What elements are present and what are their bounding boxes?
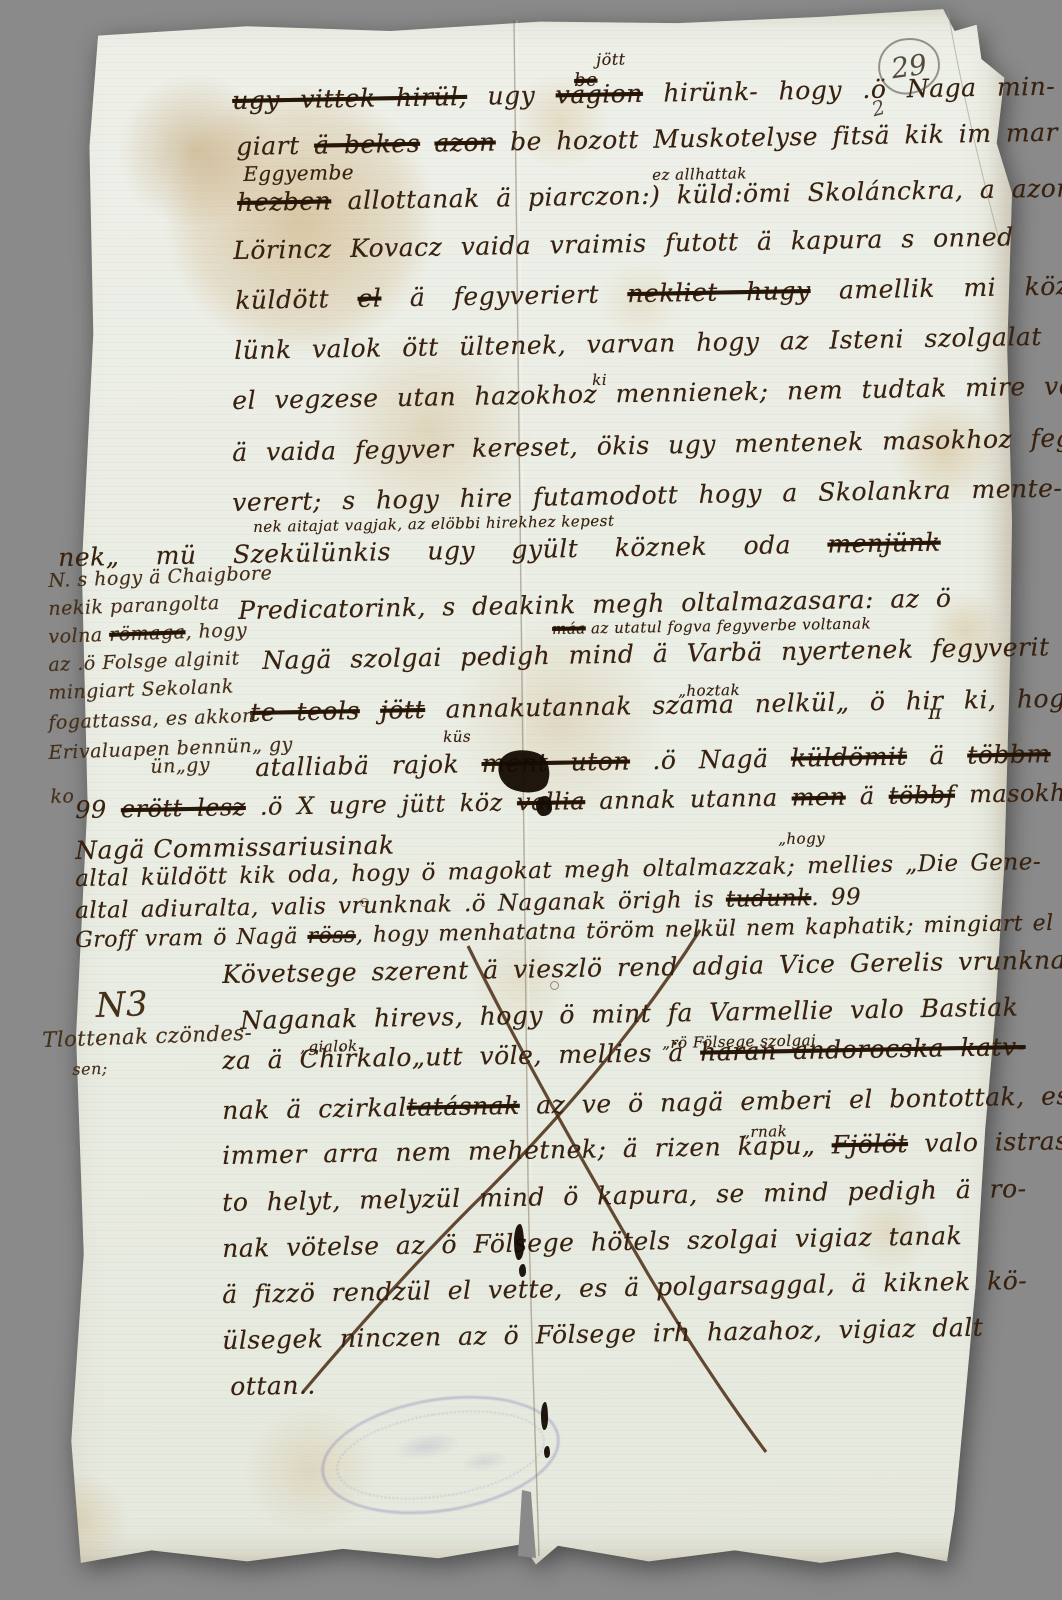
struck-text: haran andorocska katv- [700,1032,1026,1067]
struck-text: ugy vittek hirül, [232,82,467,115]
ink-blot [514,1224,524,1260]
text-segment: N3 [95,984,149,1026]
page-number: 29 [889,47,929,85]
struck-text: Fjölöt [831,1129,908,1159]
text-segment: volna [48,624,110,648]
text-segment: „rnak [742,1122,787,1141]
text-segment: valo istrasa [908,1126,1062,1158]
paper-speck [550,981,559,990]
struck-text: el [357,283,381,312]
struck-text: máa [552,619,586,638]
text-segment: ugy [467,80,556,111]
struck-text: ä bekes [314,129,420,160]
text-segment [359,696,380,725]
text-line: jött [596,49,626,69]
text-segment: π [928,700,942,724]
margin-note-line: ün„gy [150,754,210,778]
text-segment: Nagä Commissariusinak [75,830,395,865]
text-segment: ä fegyveriert [381,279,628,312]
text-line: Nagä Commissariusinak [75,830,395,865]
text-segment [420,129,435,158]
text-line: küs [443,728,471,746]
struck-text: röss [307,923,356,949]
text-segment: ün„gy [150,754,210,778]
struck-text: men [792,783,846,812]
text-segment: giart [236,131,314,161]
text-segment: . 99 [811,884,861,911]
text-segment: küs [443,728,471,746]
text-segment: amellik mi közü- [810,271,1062,305]
text-line: „gialok [300,1037,358,1056]
margin-note-line: sen; [72,1059,108,1079]
text-line: be [574,70,598,91]
text-line: Eggyembe [243,160,354,186]
text-line: ottan.. [230,1371,316,1401]
text-segment: 99 [75,795,121,824]
struck-text: menjünk [827,528,941,559]
struck-text: vagion [555,79,643,110]
text-segment: ottan.. [230,1371,316,1401]
text-segment: „gialok [300,1037,358,1056]
text-segment: .ö X ugre jütt köz [246,788,518,821]
text-segment: masokh- [955,779,1062,809]
ink-blot [536,796,552,816]
struck-text: küldömit [791,742,908,773]
struck-text: römaga [109,621,186,646]
struck-text: tatásnak [407,1091,520,1122]
text-segment: annak utanna [585,783,792,815]
text-segment: sen; [72,1059,108,1079]
struck-text: te teols [250,696,360,727]
text-segment: ä [907,741,968,771]
text-segment: Groff vram ö Nagä [75,924,308,953]
text-segment: ä [845,782,889,811]
text-segment: jött [596,49,626,69]
text-line: π [928,700,942,724]
struck-text: többm [967,739,1051,769]
struck-text: többf [889,781,956,810]
text-segment: „hogy [778,829,825,848]
struck-text: erött lesz [121,793,246,823]
margin-note-line: ko [50,785,75,808]
text-segment: ko [50,785,75,808]
text-line: „hogy [778,829,825,848]
margin-note-line: N3 [95,984,149,1026]
struck-text: hezben [237,186,331,217]
struck-text: nekliet hugy [627,276,811,308]
text-segment: nak ä czirkal [222,1093,407,1125]
struck-text: jött [380,695,425,725]
ink-blot [519,1264,526,1277]
text-segment: .ö Nagä [630,744,792,776]
struck-text: be [574,70,598,91]
text-segment: Eggyembe [243,160,354,186]
ink-blot [544,1446,550,1458]
struck-text: tudunk [726,885,812,912]
paper-speck [360,898,369,907]
text-segment: , hogy [185,619,247,643]
text-segment: küldött [235,284,358,315]
ink-blot [541,1402,548,1430]
struck-text: azon [434,127,496,157]
manuscript-photo: ugy vittek hirül, ugy vagion hirünk- hog… [0,0,1062,1600]
text-line: „rnak [742,1122,787,1141]
